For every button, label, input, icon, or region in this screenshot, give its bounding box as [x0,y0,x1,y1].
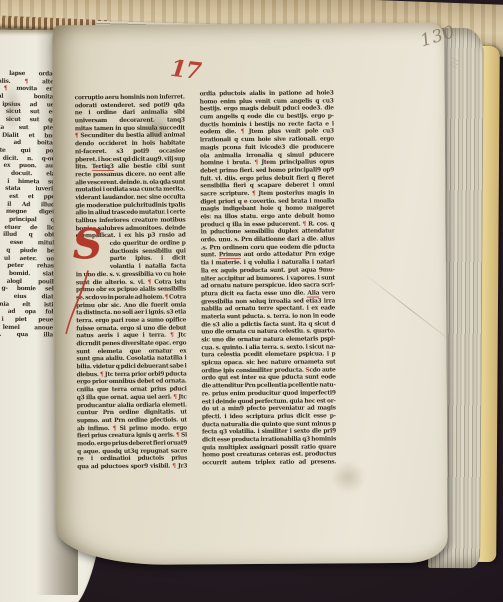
drop-cap-tail-flourish [62,257,97,343]
text-column-right: ordia pductois aialis in patione ad hoie… [200,89,337,467]
main-page: 17 130 ill corruptio aeru hominis non in… [52,23,448,566]
book-photograph: te lapse ordallroialis. ¶ altera. ¶ movi… [0,0,503,602]
page-crease [362,272,458,346]
quire-mark: 17 [169,55,202,85]
gutter-smudge [2,82,22,134]
page-stain [331,461,365,493]
